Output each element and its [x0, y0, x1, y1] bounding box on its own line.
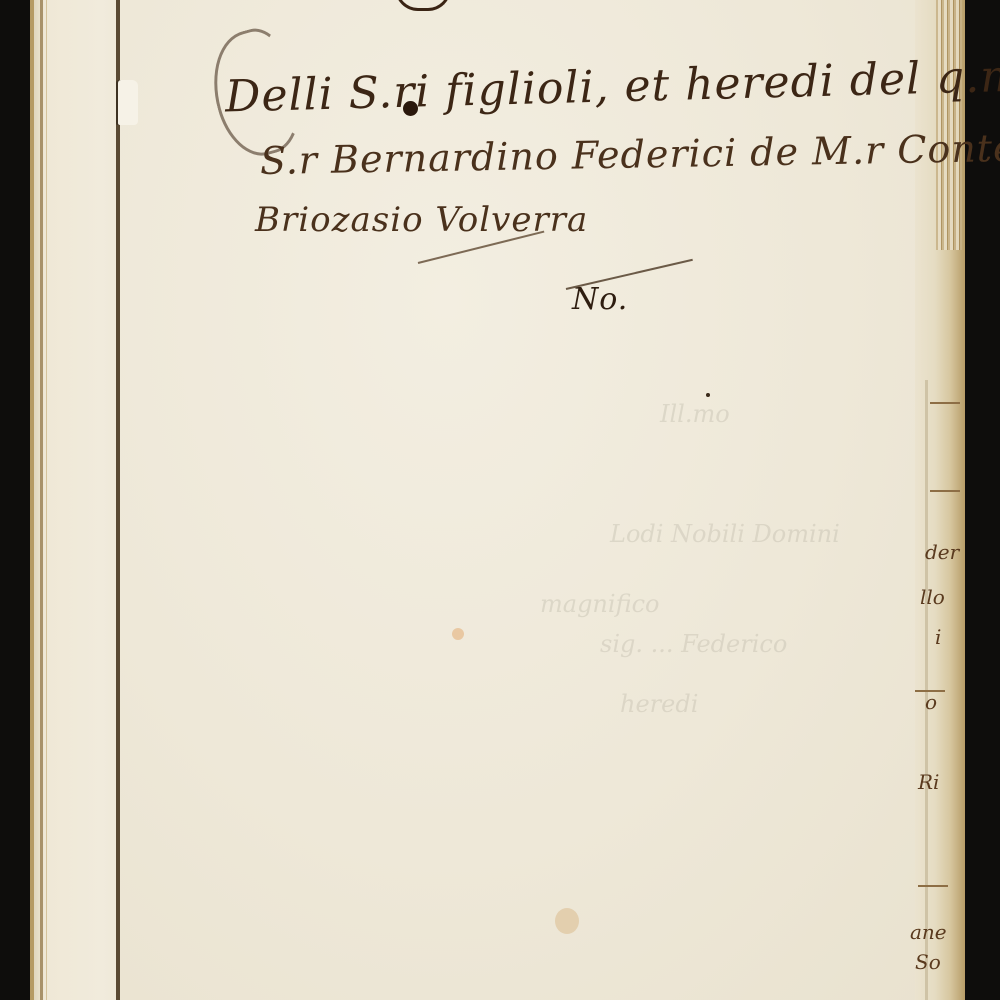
- margin-fragment: o: [925, 690, 937, 714]
- bleed-through-text: Lodi Nobili Domini: [610, 520, 840, 548]
- margin-rule: [930, 402, 960, 404]
- bleed-through-text: heredi: [620, 690, 698, 718]
- bleed-through-text: magnifico: [540, 590, 659, 618]
- page-spine: [116, 0, 120, 1000]
- ink-blot: [403, 101, 418, 116]
- ink-stain: [555, 908, 579, 934]
- margin-rule: [915, 690, 945, 692]
- frayed-edge: [936, 0, 962, 250]
- bleed-through-text: sig. ... Federico: [600, 630, 787, 658]
- margin-fragment: ane: [910, 920, 947, 944]
- margin-rule: [918, 885, 948, 887]
- numbering-mark: No.: [572, 282, 628, 317]
- spine-tear: [118, 80, 138, 125]
- speck: [706, 393, 710, 397]
- margin-fragment: i: [935, 625, 941, 649]
- manuscript-scan: Lodi Nobili Domini magnifico sig. ... Fe…: [0, 0, 1000, 1000]
- margin-fragment: Ri: [918, 770, 939, 794]
- margin-fragment: llo: [920, 585, 945, 609]
- leaf-edge: [40, 0, 43, 1000]
- margin-fragment: So: [915, 950, 941, 974]
- leaf-edge-inner: [46, 0, 47, 1000]
- rust-spot: [452, 628, 464, 640]
- margin-fragment: der: [925, 540, 959, 564]
- bleed-through-text: Ill.mo: [660, 400, 730, 428]
- margin-rule: [930, 490, 960, 492]
